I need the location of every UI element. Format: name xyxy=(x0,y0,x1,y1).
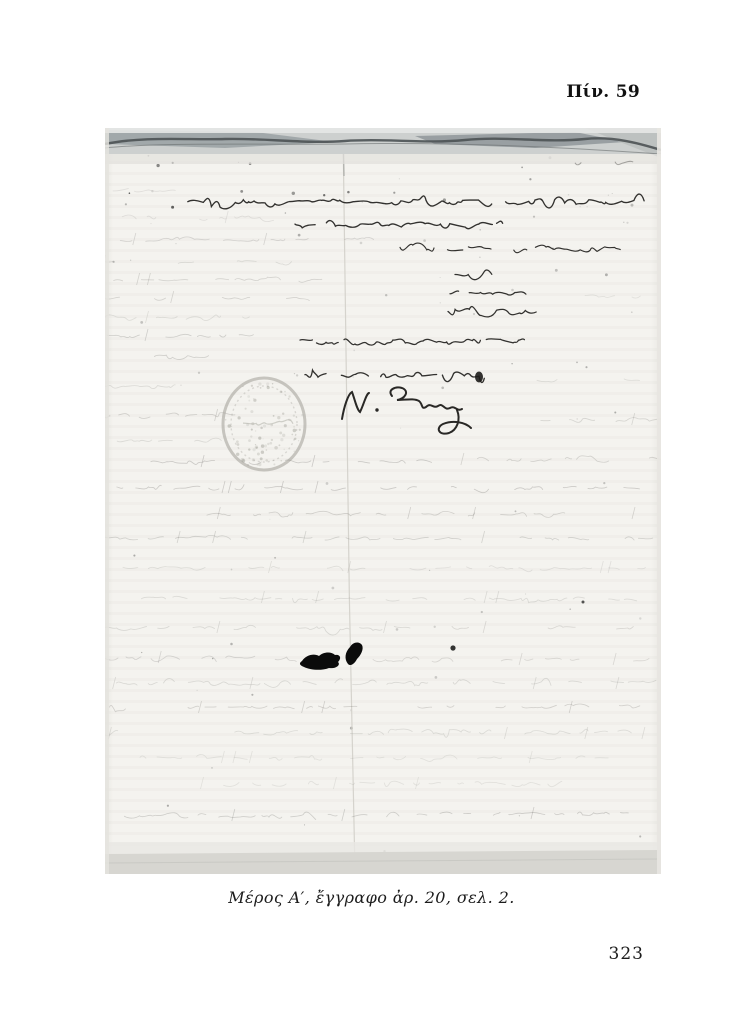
left-sheet-edge xyxy=(105,128,109,874)
manuscript-scan-image xyxy=(105,128,661,874)
page-number: 323 xyxy=(609,944,644,964)
manuscript-scan xyxy=(105,128,661,874)
bottom-sheet-edge xyxy=(105,842,661,874)
fold-crease xyxy=(343,130,355,872)
plate-label: Πίν. 59 xyxy=(566,82,640,102)
bleedthrough-writing xyxy=(105,189,661,822)
round-stamp xyxy=(223,378,305,470)
torn-top-edge xyxy=(105,128,661,165)
figure-caption: Μέρος Α′, ἔγγραφο ἀρ. 20, σελ. 2. xyxy=(0,888,743,907)
paper-specks xyxy=(112,128,641,873)
ink-blots xyxy=(300,643,363,670)
right-sheet-edge xyxy=(657,128,661,874)
handwriting-text xyxy=(188,194,644,382)
secretary-signature xyxy=(342,387,471,433)
book-page: Πίν. 59 Μέρος Α′, ἔγγραφο ἀρ. 20, σελ. 2… xyxy=(0,0,743,1027)
